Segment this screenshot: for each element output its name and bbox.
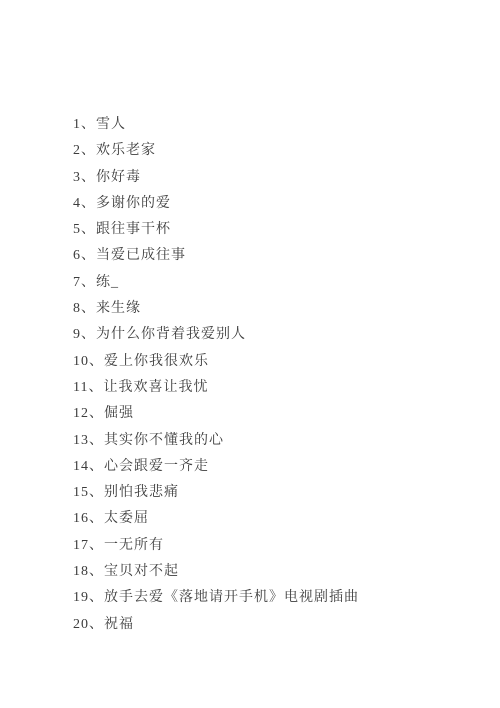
list-item: 14、心会跟爱一齐走 [73, 454, 470, 480]
item-title: 别怕我悲痛 [104, 485, 179, 500]
list-item: 12、倔强 [73, 401, 470, 427]
item-title: 多谢你的爱 [96, 196, 171, 211]
item-title: 心会跟爱一齐走 [104, 459, 209, 474]
item-number: 5、 [73, 217, 96, 243]
item-number: 7、 [73, 270, 96, 296]
item-number: 15、 [73, 480, 104, 506]
item-title: 练_ [96, 275, 119, 290]
list-item: 15、别怕我悲痛 [73, 480, 470, 506]
item-title: 宝贝对不起 [104, 564, 179, 579]
item-number: 14、 [73, 454, 104, 480]
item-number: 18、 [73, 559, 104, 585]
list-item: 1、雪人 [73, 112, 470, 138]
item-number: 3、 [73, 165, 96, 191]
item-title: 放手去爱《落地请开手机》电视剧插曲 [104, 590, 359, 605]
item-number: 1、 [73, 112, 96, 138]
list-item: 19、放手去爱《落地请开手机》电视剧插曲 [73, 585, 470, 611]
item-title: 你好毒 [96, 170, 141, 185]
item-number: 17、 [73, 533, 104, 559]
item-number: 2、 [73, 138, 96, 164]
item-number: 4、 [73, 191, 96, 217]
item-title: 让我欢喜让我忧 [103, 380, 208, 395]
item-title: 一无所有 [104, 538, 164, 553]
list-item: 18、宝贝对不起 [73, 559, 470, 585]
list-item: 4、多谢你的爱 [73, 191, 470, 217]
item-title: 当爱已成往事 [96, 248, 186, 263]
item-title: 为什么你背着我爱别人 [96, 327, 246, 342]
item-number: 13、 [73, 428, 104, 454]
item-number: 16、 [73, 506, 104, 532]
list-item: 11、让我欢喜让我忧 [73, 375, 470, 401]
list-item: 9、为什么你背着我爱别人 [73, 322, 470, 348]
list-item: 16、太委屈 [73, 506, 470, 532]
list-item: 3、你好毒 [73, 165, 470, 191]
list-item: 10、爱上你我很欢乐 [73, 349, 470, 375]
item-number: 20、 [73, 612, 104, 638]
item-number: 12、 [73, 401, 104, 427]
item-number: 9、 [73, 322, 96, 348]
list-item: 8、来生缘 [73, 296, 470, 322]
item-number: 8、 [73, 296, 96, 322]
document-page: 1、雪人 2、欢乐老家 3、你好毒 4、多谢你的爱 5、跟往事干杯 6、当爱已成… [0, 0, 500, 708]
item-number: 11、 [73, 375, 103, 401]
item-title: 来生缘 [96, 301, 141, 316]
item-number: 10、 [73, 349, 104, 375]
item-title: 祝福 [104, 617, 134, 632]
list-item: 6、当爱已成往事 [73, 243, 470, 269]
list-item: 20、祝福 [73, 612, 470, 638]
item-title: 欢乐老家 [96, 143, 156, 158]
item-title: 爱上你我很欢乐 [104, 354, 209, 369]
item-title: 雪人 [96, 117, 126, 132]
item-number: 6、 [73, 243, 96, 269]
item-title: 倔强 [104, 406, 134, 421]
list-item: 7、练_ [73, 270, 470, 296]
item-title: 太委屈 [104, 511, 149, 526]
item-title: 其实你不懂我的心 [104, 433, 224, 448]
item-title: 跟往事干杯 [96, 222, 171, 237]
item-number: 19、 [73, 585, 104, 611]
list-item: 17、一无所有 [73, 533, 470, 559]
list-item: 2、欢乐老家 [73, 138, 470, 164]
list-item: 13、其实你不懂我的心 [73, 428, 470, 454]
list-item: 5、跟往事干杯 [73, 217, 470, 243]
